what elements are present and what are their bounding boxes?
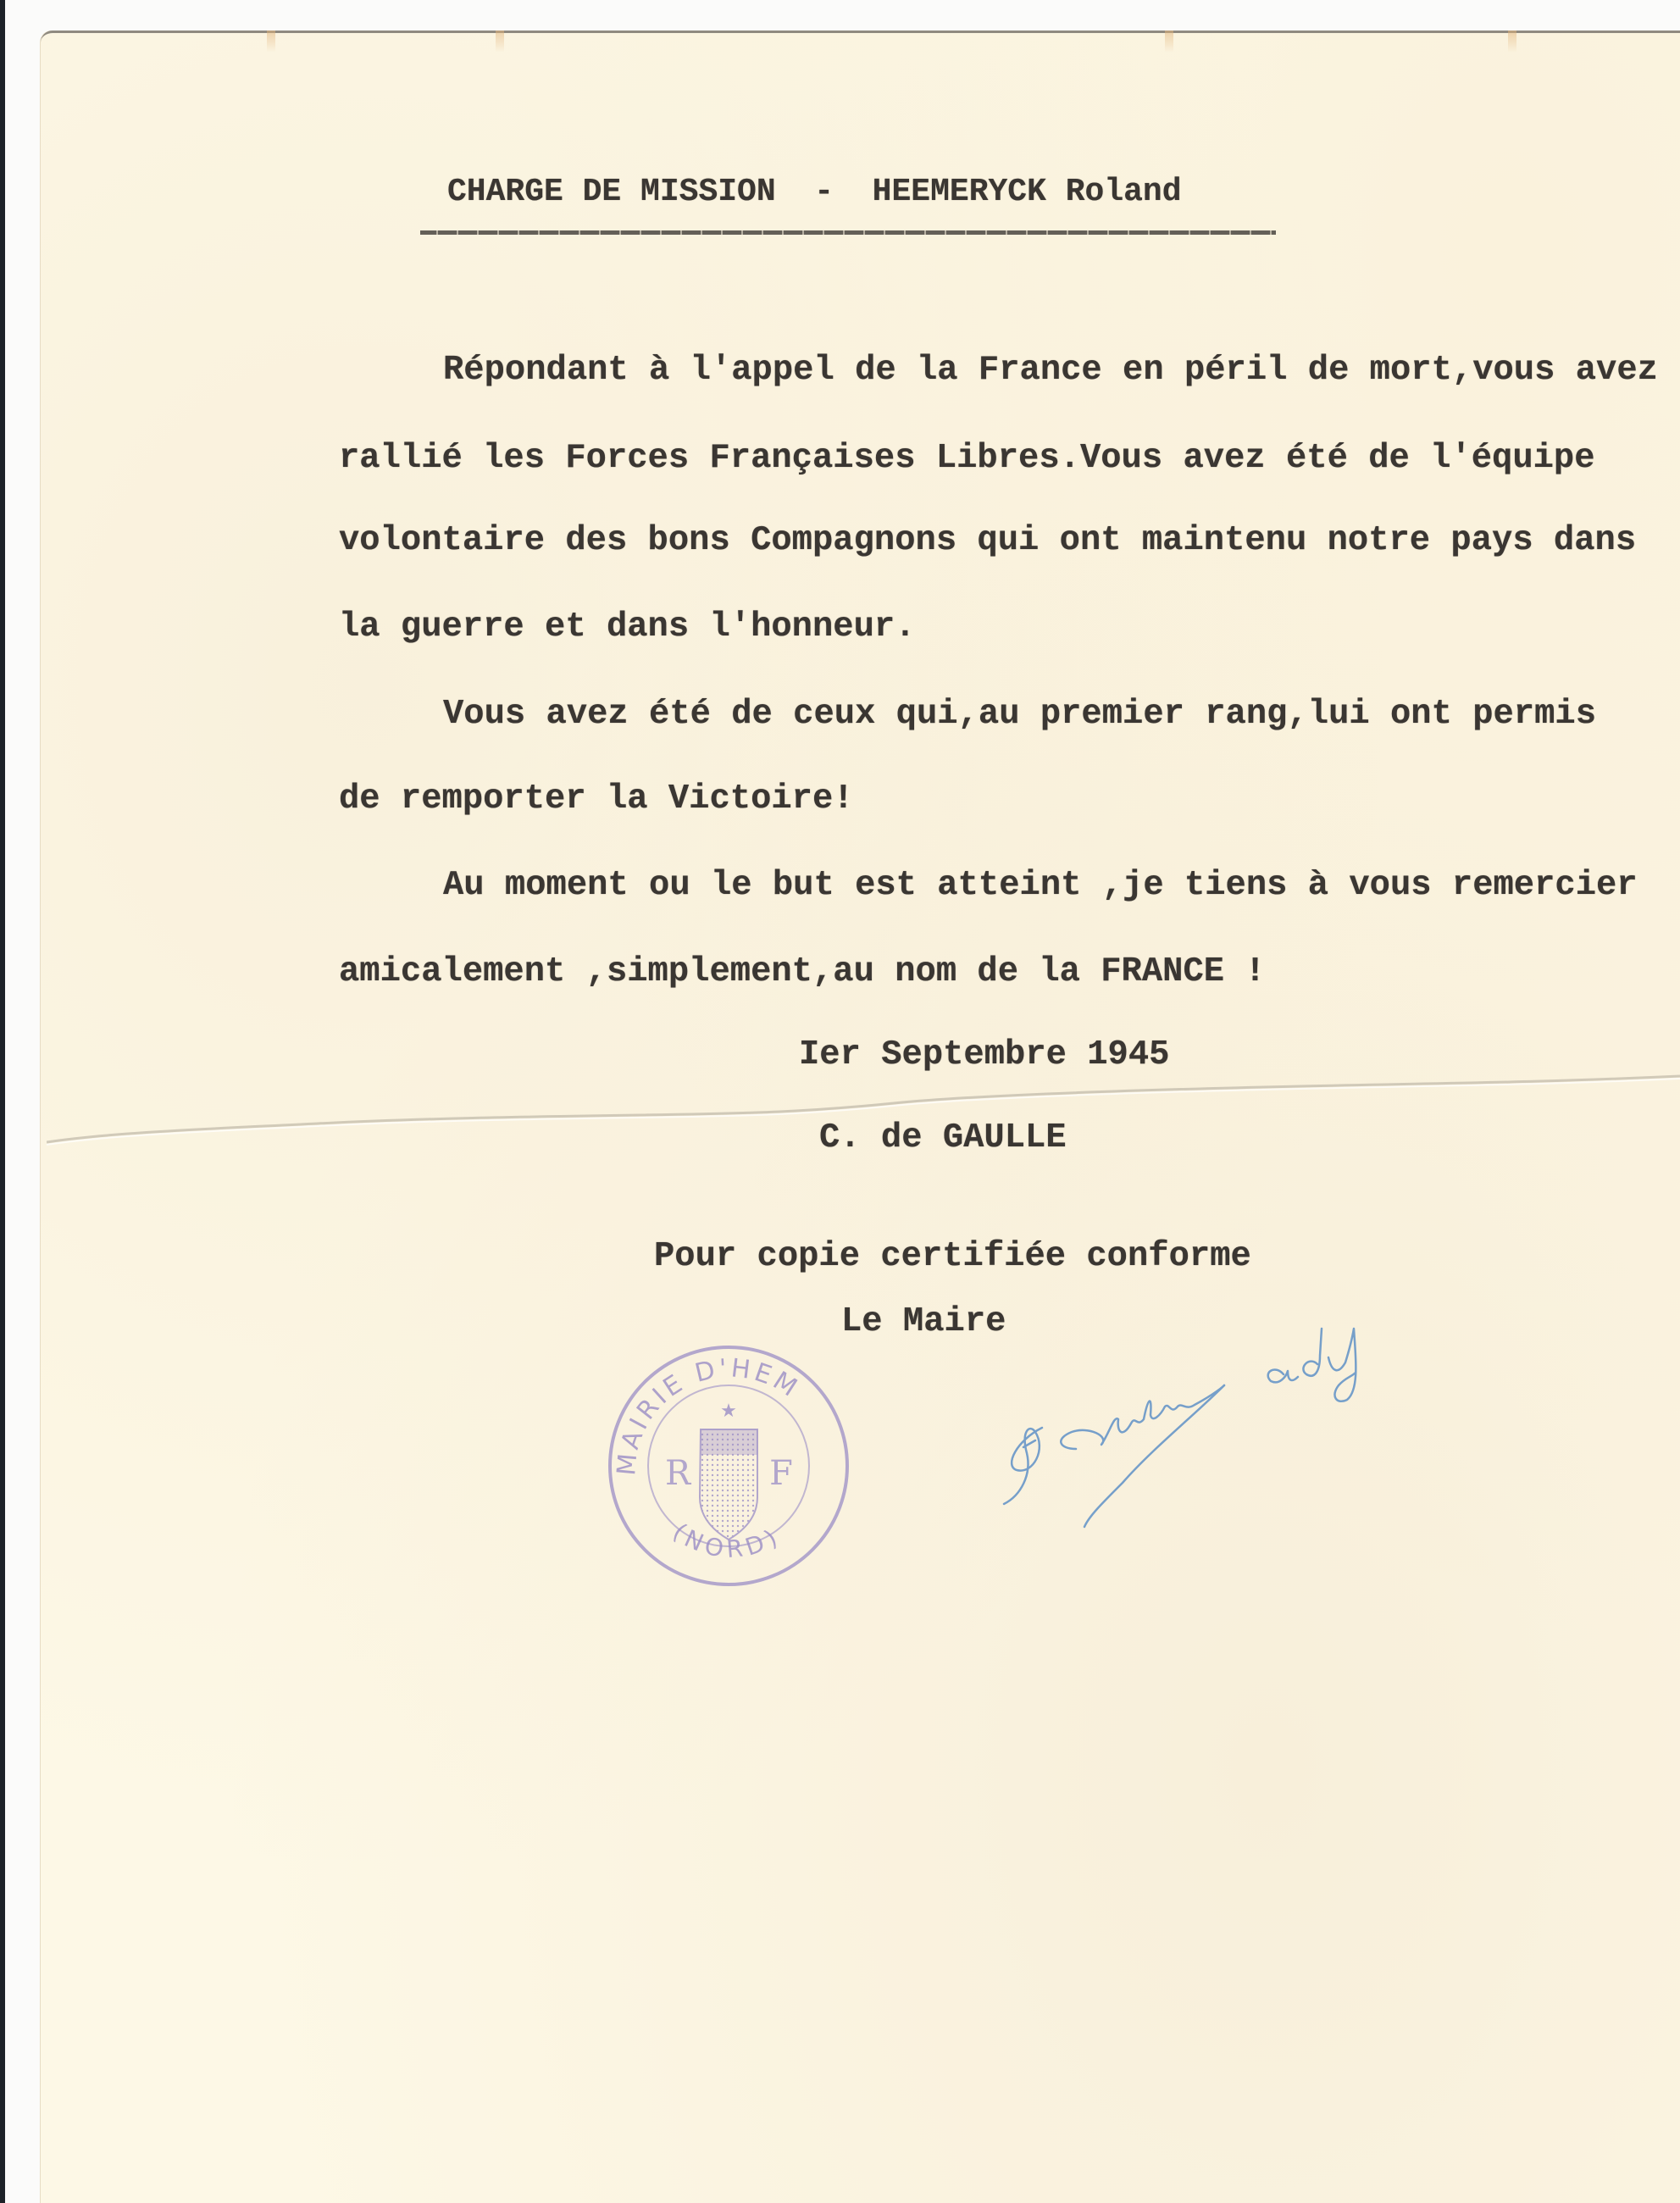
handwritten-signature: P. Dubus ady [983,1305,1440,1542]
paper-stain [1508,31,1516,53]
document-date: Ier Septembre 1945 [799,1038,1169,1073]
stamp-star-icon: ★ [720,1400,737,1421]
stamp-letter-r: R [665,1454,692,1493]
certification-text: Pour copie certifiée conforme [654,1240,1251,1274]
title-underline [420,230,1276,235]
scan-edge [0,0,5,2203]
certifier-title: Le Maire [841,1305,1006,1340]
body-line: la guerre et dans l'honneur. [339,610,916,645]
body-line: Au moment ou le but est atteint ,je tien… [443,868,1638,903]
body-line: Vous avez été de ceux qui,au premier ran… [443,697,1596,732]
body-line: amicalement ,simplement,au nom de la FRA… [339,955,1266,990]
mairie-stamp: MAIRIE D'HEM (NORD) ★ R F [603,1340,854,1591]
body-line: Répondant à l'appel de la France en péri… [443,353,1658,388]
paper-stain [496,31,504,53]
signature-text: P. Dubus ady [983,1305,988,1306]
paper-stain [267,31,275,53]
stamp-letter-f: F [769,1454,793,1493]
document-title: CHARGE DE MISSION - HEEMERYCK Roland [447,176,1182,208]
body-line: rallié les Forces Françaises Libres.Vous… [339,441,1595,476]
paper-stain [1165,31,1173,53]
body-line: volontaire des bons Compagnons qui ont m… [339,524,1636,558]
signatory-name: C. de GAULLE [819,1121,1067,1156]
body-line: de remporter la Victoire! [339,782,854,817]
